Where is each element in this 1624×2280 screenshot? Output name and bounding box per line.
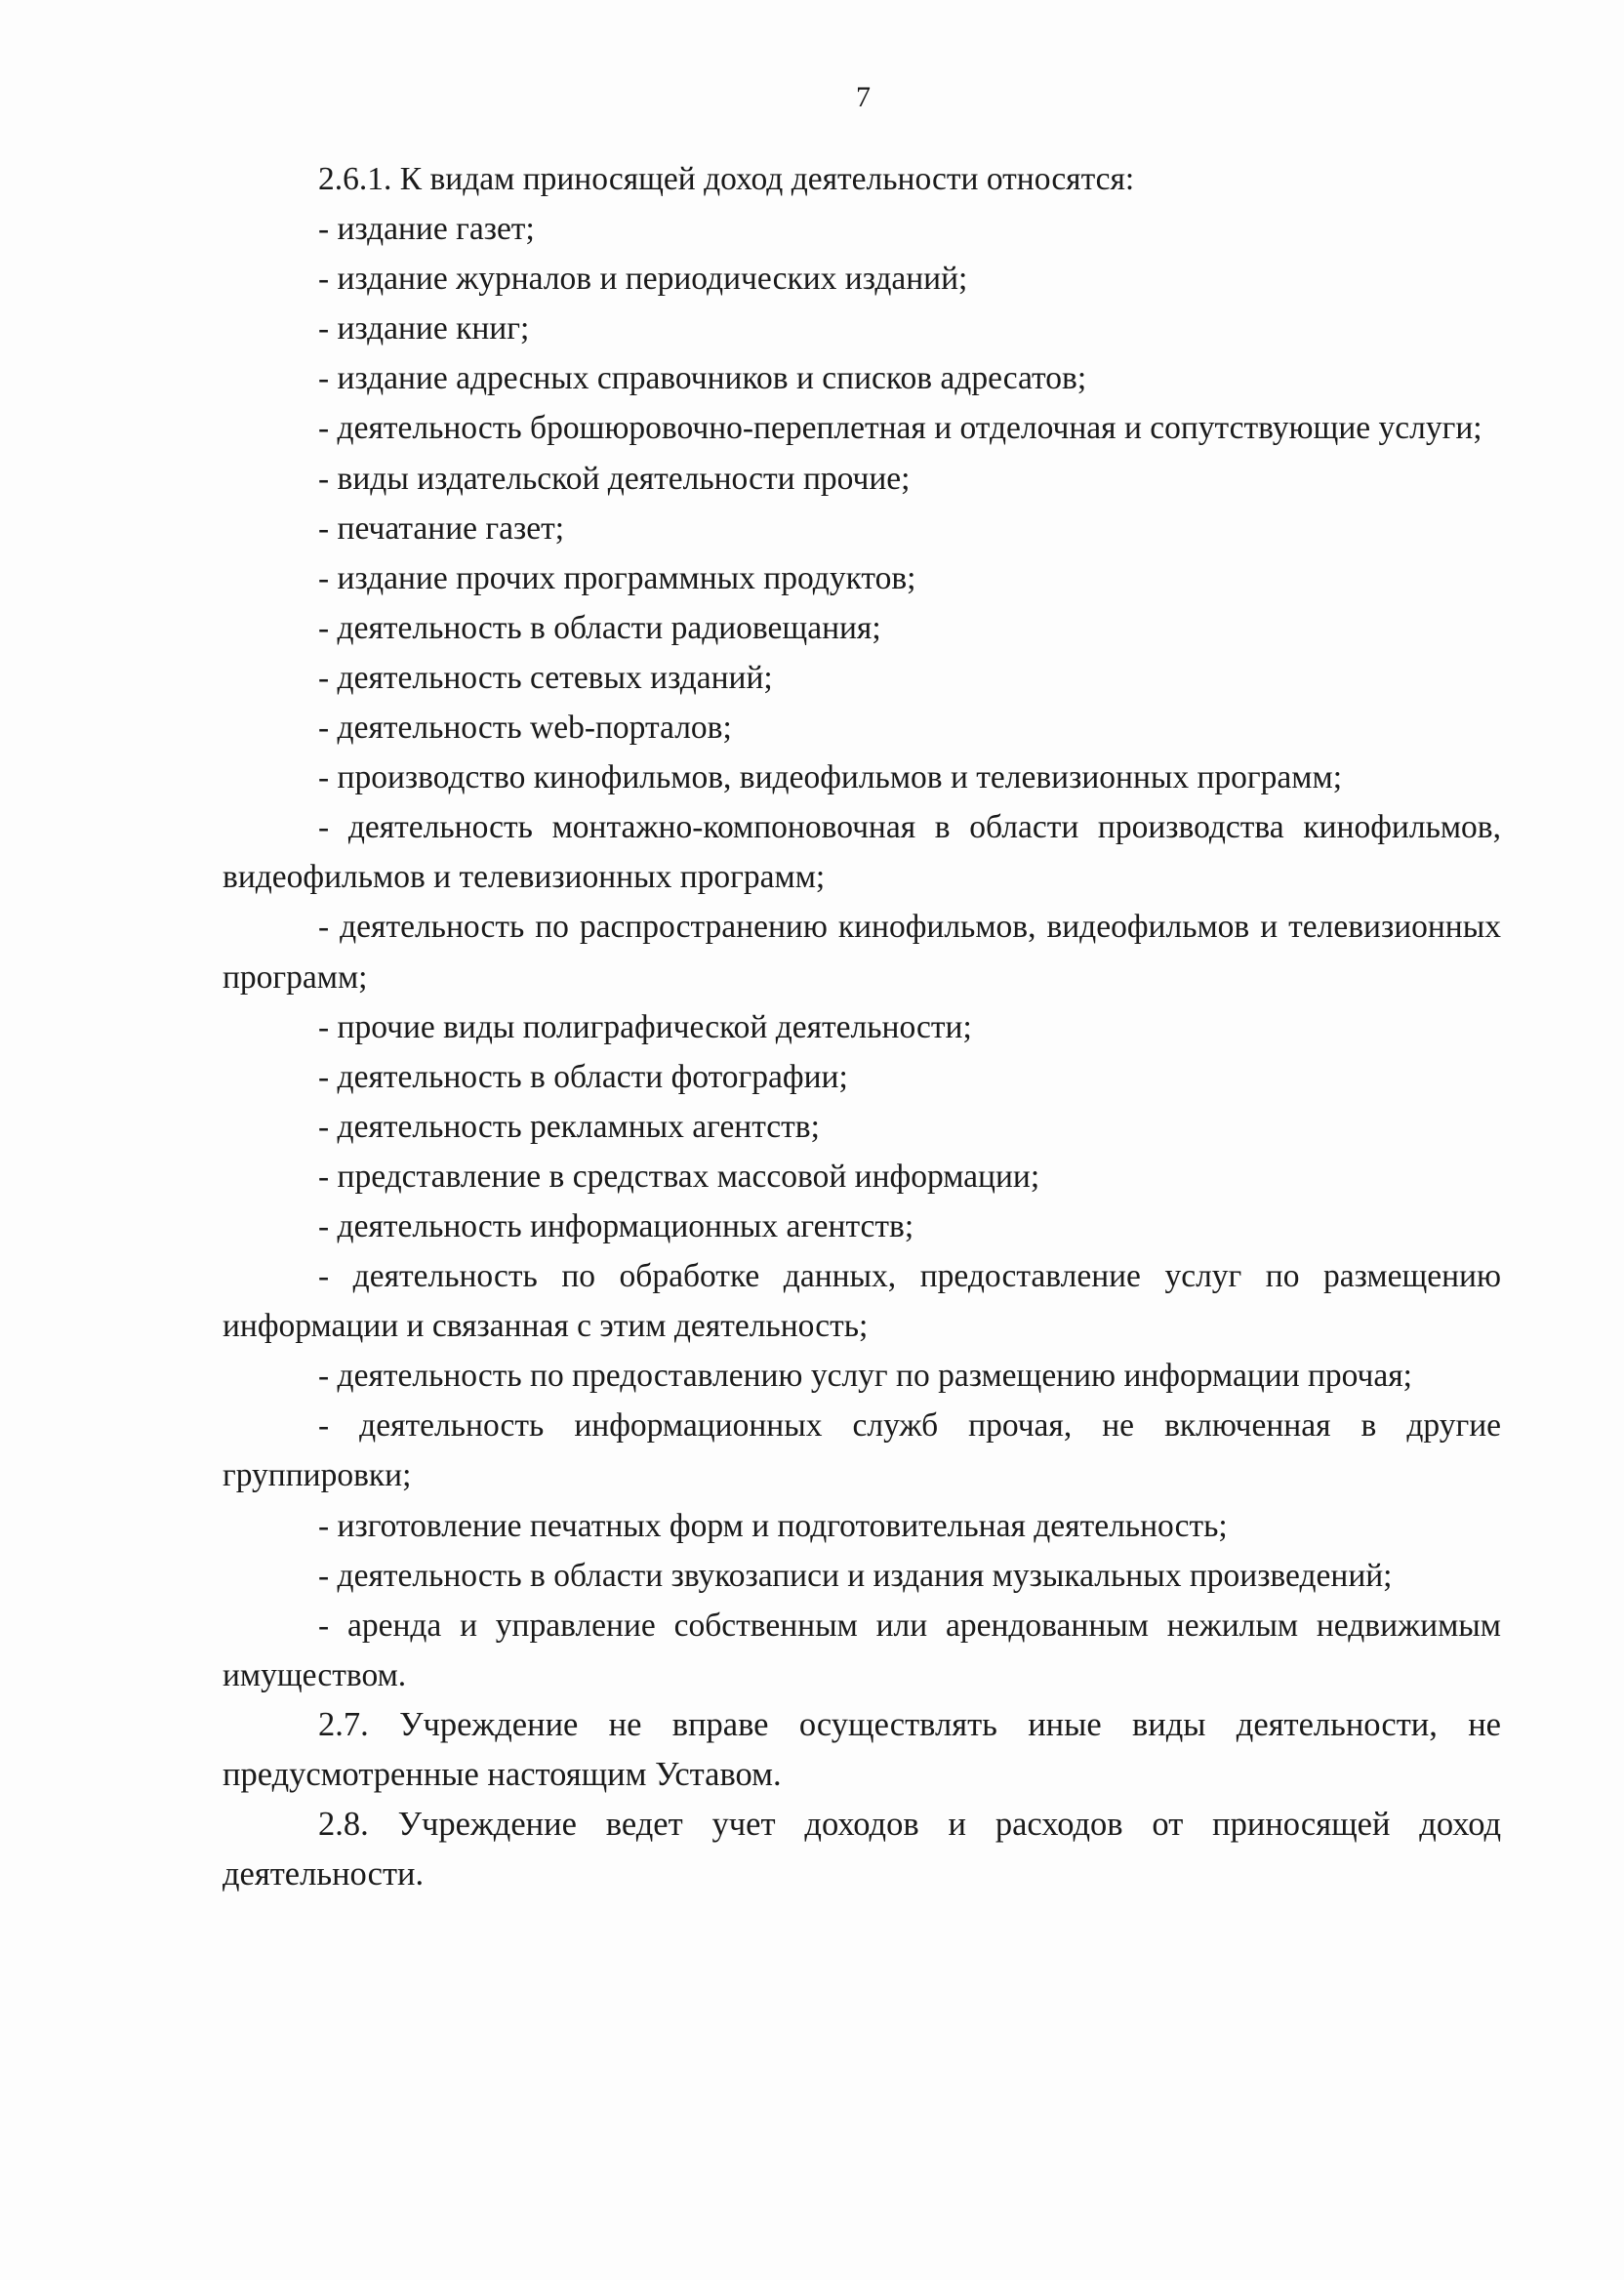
- list-item: - деятельность по распространению кинофи…: [223, 902, 1501, 1001]
- clause-2-8: 2.8. Учреждение ведет учет доходов и рас…: [223, 1800, 1501, 1899]
- list-item: - прочие виды полиграфической деятельнос…: [223, 1002, 1501, 1052]
- list-item: - деятельность сетевых изданий;: [223, 653, 1501, 703]
- page-number: 7: [0, 80, 1624, 115]
- list-item: - печатание газет;: [223, 504, 1501, 553]
- list-item: - издание журналов и периодических издан…: [223, 254, 1501, 304]
- list-item: - аренда и управление собственным или ар…: [223, 1601, 1501, 1700]
- document-body: 2.6.1. К видам приносящей доход деятельн…: [223, 154, 1501, 1899]
- list-item: - деятельность брошюровочно-переплетная …: [223, 403, 1501, 453]
- list-item: - виды издательской деятельности прочие;: [223, 454, 1501, 504]
- list-item: - деятельность рекламных агентств;: [223, 1102, 1501, 1152]
- list-item: - издание книг;: [223, 304, 1501, 353]
- list-item: - издание газет;: [223, 204, 1501, 254]
- section-heading-2-6-1: 2.6.1. К видам приносящей доход деятельн…: [223, 154, 1501, 204]
- list-item: - деятельность в области радиовещания;: [223, 603, 1501, 653]
- list-item: - деятельность по предоставлению услуг п…: [223, 1351, 1501, 1401]
- clause-2-7: 2.7. Учреждение не вправе осуществлять и…: [223, 1700, 1501, 1800]
- list-item: - производство кинофильмов, видеофильмов…: [223, 753, 1501, 802]
- list-item: - деятельность в области фотографии;: [223, 1052, 1501, 1102]
- list-item: - деятельность по обработке данных, пред…: [223, 1251, 1501, 1351]
- list-item: - деятельность в области звукозаписи и и…: [223, 1551, 1501, 1601]
- list-item: - деятельность web-порталов;: [223, 703, 1501, 753]
- list-item: - издание адресных справочников и списко…: [223, 353, 1501, 403]
- list-item: - изготовление печатных форм и подготови…: [223, 1501, 1501, 1551]
- list-item: - издание прочих программных продуктов;: [223, 553, 1501, 603]
- list-item: - деятельность информационных агентств;: [223, 1201, 1501, 1251]
- list-item: - представление в средствах массовой инф…: [223, 1152, 1501, 1201]
- list-item: - деятельность информационных служб проч…: [223, 1401, 1501, 1500]
- list-item: - деятельность монтажно-компоновочная в …: [223, 802, 1501, 902]
